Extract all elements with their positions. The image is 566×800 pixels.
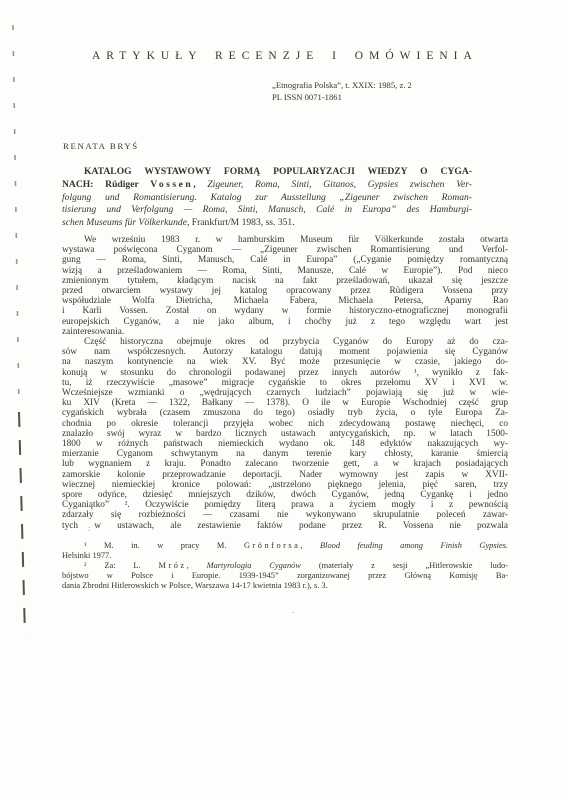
body-line: tu, iż rzeczywiście „masowe” migracje cy… (62, 378, 508, 388)
body-line: na naszym kontynencie na wiek XV. Być mo… (62, 357, 508, 367)
body-line: współudziale Wolfa Dietricha, Michaela F… (62, 296, 508, 306)
body-line: Wcześniejsze wzmianki o „wędrujących cza… (62, 388, 508, 398)
footnote-line: ¹ M. in. w pracy M. Grönforsa, Blood feu… (62, 541, 508, 551)
body-line: wystawa poświęcona Cyganom — „Zigeuner z… (62, 245, 508, 255)
footnotes-block: ¹ M. in. w pracy M. Grönforsa, Blood feu… (62, 541, 508, 591)
issn-number: PL ISSN 0071-1861 (272, 92, 412, 104)
body-line: sów nam współczesnych. Autorzy katalogu … (62, 347, 508, 357)
title-line: KATALOG WYSTAWOWY FORMĄ POPULARYZACJI WI… (62, 166, 472, 179)
body-line: zmienionym tytułem, kładącym nacisk na f… (62, 276, 508, 286)
title-line: schen Museums für Völkerkunde, Frankfurt… (62, 217, 472, 230)
body-line: Cyganiątko” ². Oczywiście pomiędzy liter… (62, 500, 508, 510)
body-line: przed otwarciem wystawy jej katalog opra… (62, 286, 508, 296)
body-line: wizją a prześladowaniem — Roma, Sinti, M… (62, 266, 508, 276)
scan-speck: . (292, 606, 294, 615)
journal-reference: „Etnografia Polska”, t. XXIX: 1985, z. 2… (272, 80, 412, 103)
scan-speck: : (88, 524, 90, 533)
body-line: Część historyczna obejmuje okres od przy… (62, 337, 508, 347)
scan-binding-marks (0, 0, 40, 700)
body-line: 1800 w różnych państwach niemieckich wyd… (62, 439, 508, 449)
title-line: NACH: Rüdiger Vossen, Zigeuner, Roma, Si… (62, 179, 472, 192)
body-line: zdarzały się rozbieżności — czasami nie … (62, 510, 508, 520)
body-line: zainteresowania. (62, 327, 508, 337)
body-line: znalazło swój wyraz w bardzo licznych us… (62, 429, 508, 439)
footnote-line: bójstwo w Polsce i Europie. 1939-1945” z… (62, 571, 508, 581)
title-line: folgung und Romantisierung. Katalog zur … (62, 192, 472, 205)
body-line: cygańskich wybrała (czasem zmuszona do t… (62, 408, 508, 418)
body-line: spore odyńce, dziesięć mniejszych dzików… (62, 490, 508, 500)
body-line: We wrześniu 1983 r. w hamburskim Museum … (62, 235, 508, 245)
body-line: gung — Roma, Sinti, Manusch, Calé in Eur… (62, 255, 508, 265)
body-line: chodnia po okresie tolerancji przyjęła w… (62, 419, 508, 429)
scanned-page: ARTYKUŁY RECENZJE I OMÓWIENIA „Etnografi… (0, 0, 566, 800)
section-header: ARTYKUŁY RECENZJE I OMÓWIENIA (92, 50, 478, 62)
title-line: tisierung und Verfolgung — Roma, Sinti, … (62, 204, 472, 217)
body-line: ku XIV (Kreta — 1322, Bałkany — 1378). O… (62, 398, 508, 408)
body-line: wiecznej niemieckiej kronice polowań: „u… (62, 480, 508, 490)
journal-citation: „Etnografia Polska”, t. XXIX: 1985, z. 2 (272, 80, 412, 92)
body-line: mierzanie Cyganom schwytanym na danym te… (62, 449, 508, 459)
author-name: RENATA BRYŚ (63, 141, 139, 151)
body-line: konują w stosunku do chronologii podawan… (62, 368, 508, 378)
body-paragraph-1: We wrześniu 1983 r. w hamburskim Museum … (62, 235, 508, 337)
footnote-line: ² Za: L. Mróz, Martyrologia Cyganów (mat… (62, 561, 508, 571)
body-line: tych w ustawach, ale zestawienie faktów … (62, 521, 508, 531)
body-line: zamorskie kolonie przeprowadzanie deport… (62, 470, 508, 480)
body-line: europejskich Cyganów, a nie jako album, … (62, 317, 508, 327)
footnote-line: dania Zbrodni Hitlerowskich w Polsce, Wa… (62, 581, 508, 591)
body-paragraph-2: Część historyczna obejmuje okres od przy… (62, 337, 508, 531)
body-line: lub wygnaniem z kraju. Ponadto zalecano … (62, 459, 508, 469)
review-title-block: KATALOG WYSTAWOWY FORMĄ POPULARYZACJI WI… (62, 166, 472, 230)
footnote-line: Helsinki 1977. (62, 551, 508, 561)
body-line: i Karli Vossen. Został on wydany w formi… (62, 306, 508, 316)
